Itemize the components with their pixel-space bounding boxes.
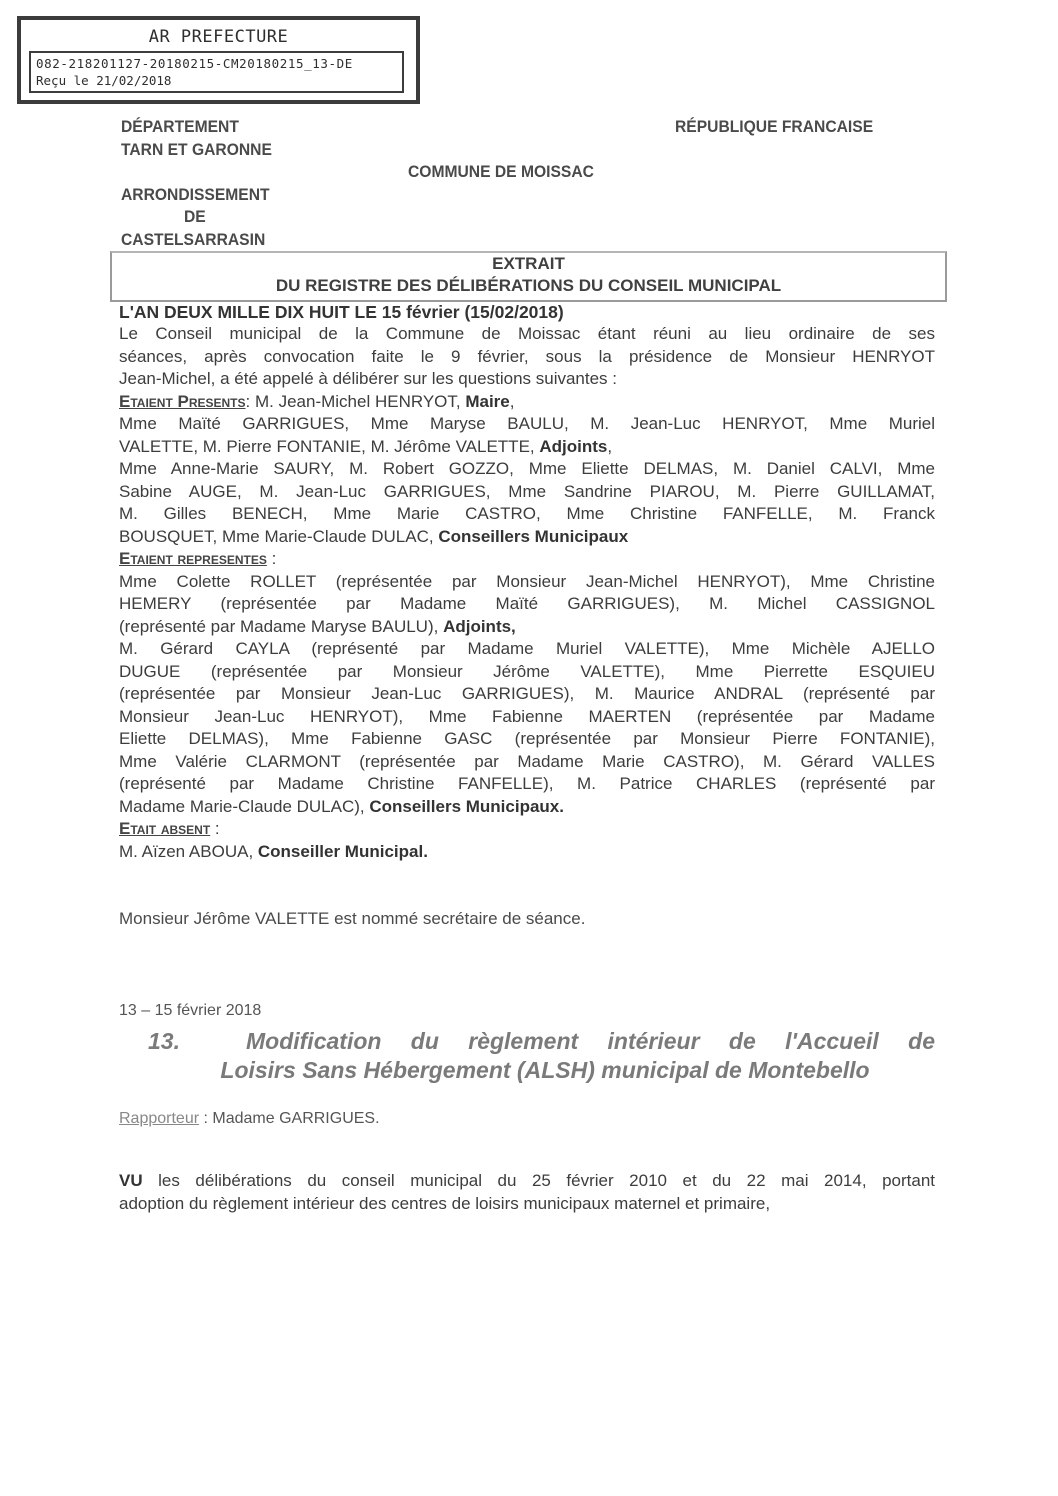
conseillers-role: Conseillers Municipaux bbox=[438, 527, 628, 546]
intro-line: Jean-Michel, a été appelé à délibérer su… bbox=[119, 368, 935, 390]
stamp-title: AR PREFECTURE bbox=[21, 27, 416, 47]
presents-label: Etaient Presents bbox=[119, 392, 246, 411]
arrondissement-label: ARRONDISSEMENT bbox=[121, 185, 270, 205]
deliberation-date: 13 – 15 février 2018 bbox=[119, 1000, 935, 1022]
represented-line: Eliette DELMAS), Mme Fabienne GASC (repr… bbox=[119, 728, 935, 750]
vu-label: VU bbox=[119, 1171, 143, 1190]
mayor-name: M. Jean-Michel HENRYOT, bbox=[255, 392, 465, 411]
represented-label: Etaient representes bbox=[119, 549, 267, 568]
deliberation-number: 13. bbox=[148, 1026, 188, 1056]
secretary-line: Monsieur Jérôme VALETTE est nommé secrét… bbox=[119, 908, 935, 930]
mayor-role: Maire bbox=[465, 392, 509, 411]
adjoints-role: Adjoints bbox=[539, 437, 607, 456]
represented-line: M. Gérard CAYLA (représenté par Madame M… bbox=[119, 638, 935, 660]
represented-line: Madame Marie-Claude DULAC), Conseillers … bbox=[119, 796, 935, 818]
absent-label: Etait absent bbox=[119, 819, 210, 838]
represented-line: (représentée par Monsieur Jean-Luc GARRI… bbox=[119, 683, 935, 705]
extract-subtitle: DU REGISTRE DES DÉLIBÉRATIONS DU CONSEIL… bbox=[112, 276, 945, 296]
department-name: TARN ET GARONNE bbox=[121, 140, 272, 160]
republic-label: RÉPUBLIQUE FRANCAISE bbox=[675, 117, 873, 137]
represented-line: Mme Colette ROLLET (représentée par Mons… bbox=[119, 571, 935, 593]
represented-line: (représenté par Madame Maryse BAULU), Ad… bbox=[119, 616, 935, 638]
department-label: DÉPARTEMENT bbox=[121, 117, 239, 137]
presents-line: Mme Anne-Marie SAURY, M. Robert GOZZO, M… bbox=[119, 458, 935, 480]
represented-line: HEMERY (représentée par Madame Maïté GAR… bbox=[119, 593, 935, 615]
vu-line: VU les délibérations du conseil municipa… bbox=[119, 1170, 935, 1192]
stamp-received-date: Reçu le 21/02/2018 bbox=[36, 73, 171, 88]
intro-line: Le Conseil municipal de la Commune de Mo… bbox=[119, 323, 935, 345]
arrondissement-de: DE bbox=[184, 207, 206, 227]
represented-line: Mme Valérie CLARMONT (représentée par Ma… bbox=[119, 751, 935, 773]
rapporteur-label: Rapporteur bbox=[119, 1110, 199, 1127]
prefecture-stamp: AR PREFECTURE 082-218201127-20180215-CM2… bbox=[17, 16, 420, 104]
conseillers-role: Conseillers Municipaux. bbox=[369, 797, 564, 816]
session-date: L'AN DEUX MILLE DIX HUIT LE 15 février (… bbox=[119, 301, 935, 323]
presents-colon: : bbox=[246, 392, 255, 411]
rapporteur-value: : Madame GARRIGUES. bbox=[199, 1110, 380, 1127]
represented-line: (représenté par Madame Christine FANFELL… bbox=[119, 773, 935, 795]
absent-header: Etait absent : bbox=[119, 818, 935, 840]
presents-header: Etaient Presents: M. Jean-Michel HENRYOT… bbox=[119, 391, 935, 413]
adjoints-role: Adjoints, bbox=[443, 617, 516, 636]
extract-title-box: EXTRAIT DU REGISTRE DES DÉLIBÉRATIONS DU… bbox=[110, 251, 947, 302]
stamp-reference: 082-218201127-20180215-CM20180215_13-DE bbox=[36, 56, 353, 71]
absent-role: Conseiller Municipal. bbox=[258, 842, 428, 861]
rapporteur-line: Rapporteur : Madame GARRIGUES. bbox=[119, 1108, 935, 1130]
intro-line: séances, après convocation faite le 9 fé… bbox=[119, 346, 935, 368]
presents-line: Sabine AUGE, M. Jean-Luc GARRIGUES, Mme … bbox=[119, 481, 935, 503]
presents-line: Mme Maïté GARRIGUES, Mme Maryse BAULU, M… bbox=[119, 413, 935, 435]
vu-line: adoption du règlement intérieur des cent… bbox=[119, 1193, 935, 1215]
represented-line: DUGUE (représentée par Monsieur Jérôme V… bbox=[119, 661, 935, 683]
deliberation-title-line1: Modification du règlement intérieur de l… bbox=[246, 1026, 935, 1056]
represented-header: Etaient representes : bbox=[119, 548, 935, 570]
commune-name: COMMUNE DE MOISSAC bbox=[408, 162, 594, 182]
absent-line: M. Aïzen ABOUA, Conseiller Municipal. bbox=[119, 841, 935, 863]
presents-line: VALETTE, M. Pierre FONTANIE, M. Jérôme V… bbox=[119, 436, 935, 458]
stamp-reference-box: 082-218201127-20180215-CM20180215_13-DE … bbox=[29, 51, 404, 93]
arrondissement-name: CASTELSARRASIN bbox=[121, 230, 265, 250]
presents-line: M. Gilles BENECH, Mme Marie CASTRO, Mme … bbox=[119, 503, 935, 525]
extract-title: EXTRAIT bbox=[112, 254, 945, 274]
presents-line: BOUSQUET, Mme Marie-Claude DULAC, Consei… bbox=[119, 526, 935, 548]
deliberation-title-line2: Loisirs Sans Hébergement (ALSH) municipa… bbox=[150, 1055, 940, 1085]
represented-line: Monsieur Jean-Luc HENRYOT), Mme Fabienne… bbox=[119, 706, 935, 728]
